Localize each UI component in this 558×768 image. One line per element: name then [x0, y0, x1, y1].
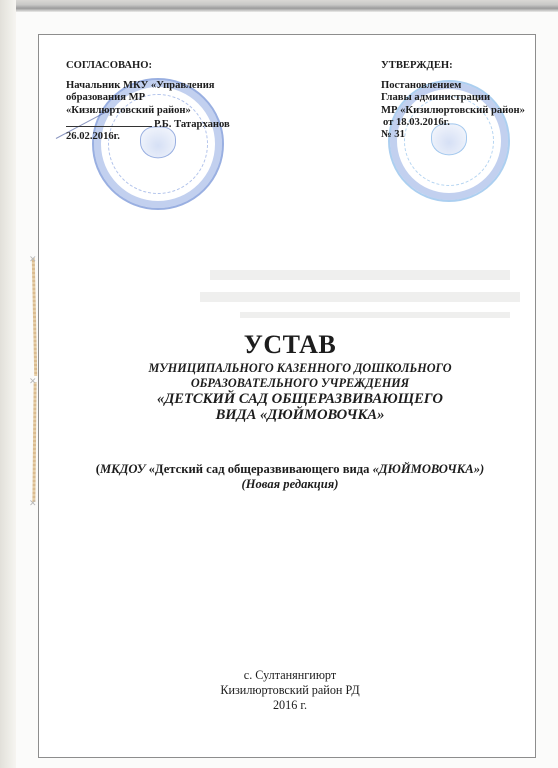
abbreviation-text: «Детский сад общеразвивающего вида: [145, 462, 372, 476]
edition-text: (Новая редакция): [242, 477, 339, 491]
bleed-through-text: [200, 292, 520, 302]
footer-place: с. Султанянгиюрт: [180, 668, 400, 683]
thread-knot-icon: ✕: [29, 500, 39, 506]
subtitle-line: МУНИЦИПАЛЬНОГО КАЗЕННОГО ДОШКОЛЬНОГО: [120, 361, 480, 376]
bleed-through-text: [210, 270, 510, 280]
approval-heading: СОГЛАСОВАНО:: [66, 60, 296, 72]
signature-line: [66, 117, 152, 127]
approval-block-right: УТВЕРЖДЕН: Постановлением Главы админист…: [381, 60, 541, 141]
approval-line: Начальник МКУ «Управления: [66, 80, 296, 92]
footer-district: Кизилюртовский район РД: [180, 683, 400, 698]
approval-date: от 18.03.2016г.: [381, 117, 541, 129]
approval-block-left: СОГЛАСОВАНО: Начальник МКУ «Управления о…: [66, 60, 296, 143]
edition-note: (Новая редакция): [60, 477, 520, 492]
subtitle-line: «ДЕТСКИЙ САД ОБЩЕРАЗВИВАЮЩЕГО: [120, 391, 480, 407]
thread-knot-icon: ✕: [29, 378, 39, 384]
subtitle-line: ОБРАЗОВАТЕЛЬНОГО УЧРЕЖДЕНИЯ: [120, 376, 480, 391]
scan-top-strip: [16, 0, 558, 12]
institution-name: «ДЮЙМОВОЧКА»): [373, 462, 485, 476]
abbreviation-line: (МКДОУ «Детский сад общеразвивающего вид…: [60, 462, 520, 477]
decree-number: № 31: [381, 129, 541, 141]
approval-line: «Кизилюртовский район»: [66, 105, 296, 117]
footer-year: 2016 г.: [180, 698, 400, 713]
approval-heading: УТВЕРЖДЕН:: [381, 60, 541, 72]
thread-knot-icon: ✕: [29, 256, 39, 262]
signature-row: Р.Б. Татарханов: [66, 117, 296, 131]
bleed-through-text: [240, 312, 510, 318]
approval-line: Постановлением: [381, 80, 541, 92]
document-footer: с. Султанянгиюрт Кизилюртовский район РД…: [180, 668, 400, 713]
abbreviation-block: (МКДОУ «Детский сад общеразвивающего вид…: [60, 462, 520, 492]
document-subtitle: МУНИЦИПАЛЬНОГО КАЗЕННОГО ДОШКОЛЬНОГО ОБР…: [120, 361, 480, 423]
approval-line: образования МР: [66, 92, 296, 104]
abbreviation: МКДОУ: [100, 462, 145, 476]
approval-line: Главы администрации: [381, 92, 541, 104]
approval-date: 26.02.2016г.: [66, 131, 296, 143]
subtitle-line: ВИДА «ДЮЙМОВОЧКА»: [120, 407, 480, 423]
approval-line: МР «Кизилюртовский район»: [381, 105, 541, 117]
signatory-name: Р.Б. Татарханов: [154, 119, 230, 130]
scan-left-edge: [0, 0, 16, 768]
document-title: УСТАВ: [120, 330, 460, 360]
